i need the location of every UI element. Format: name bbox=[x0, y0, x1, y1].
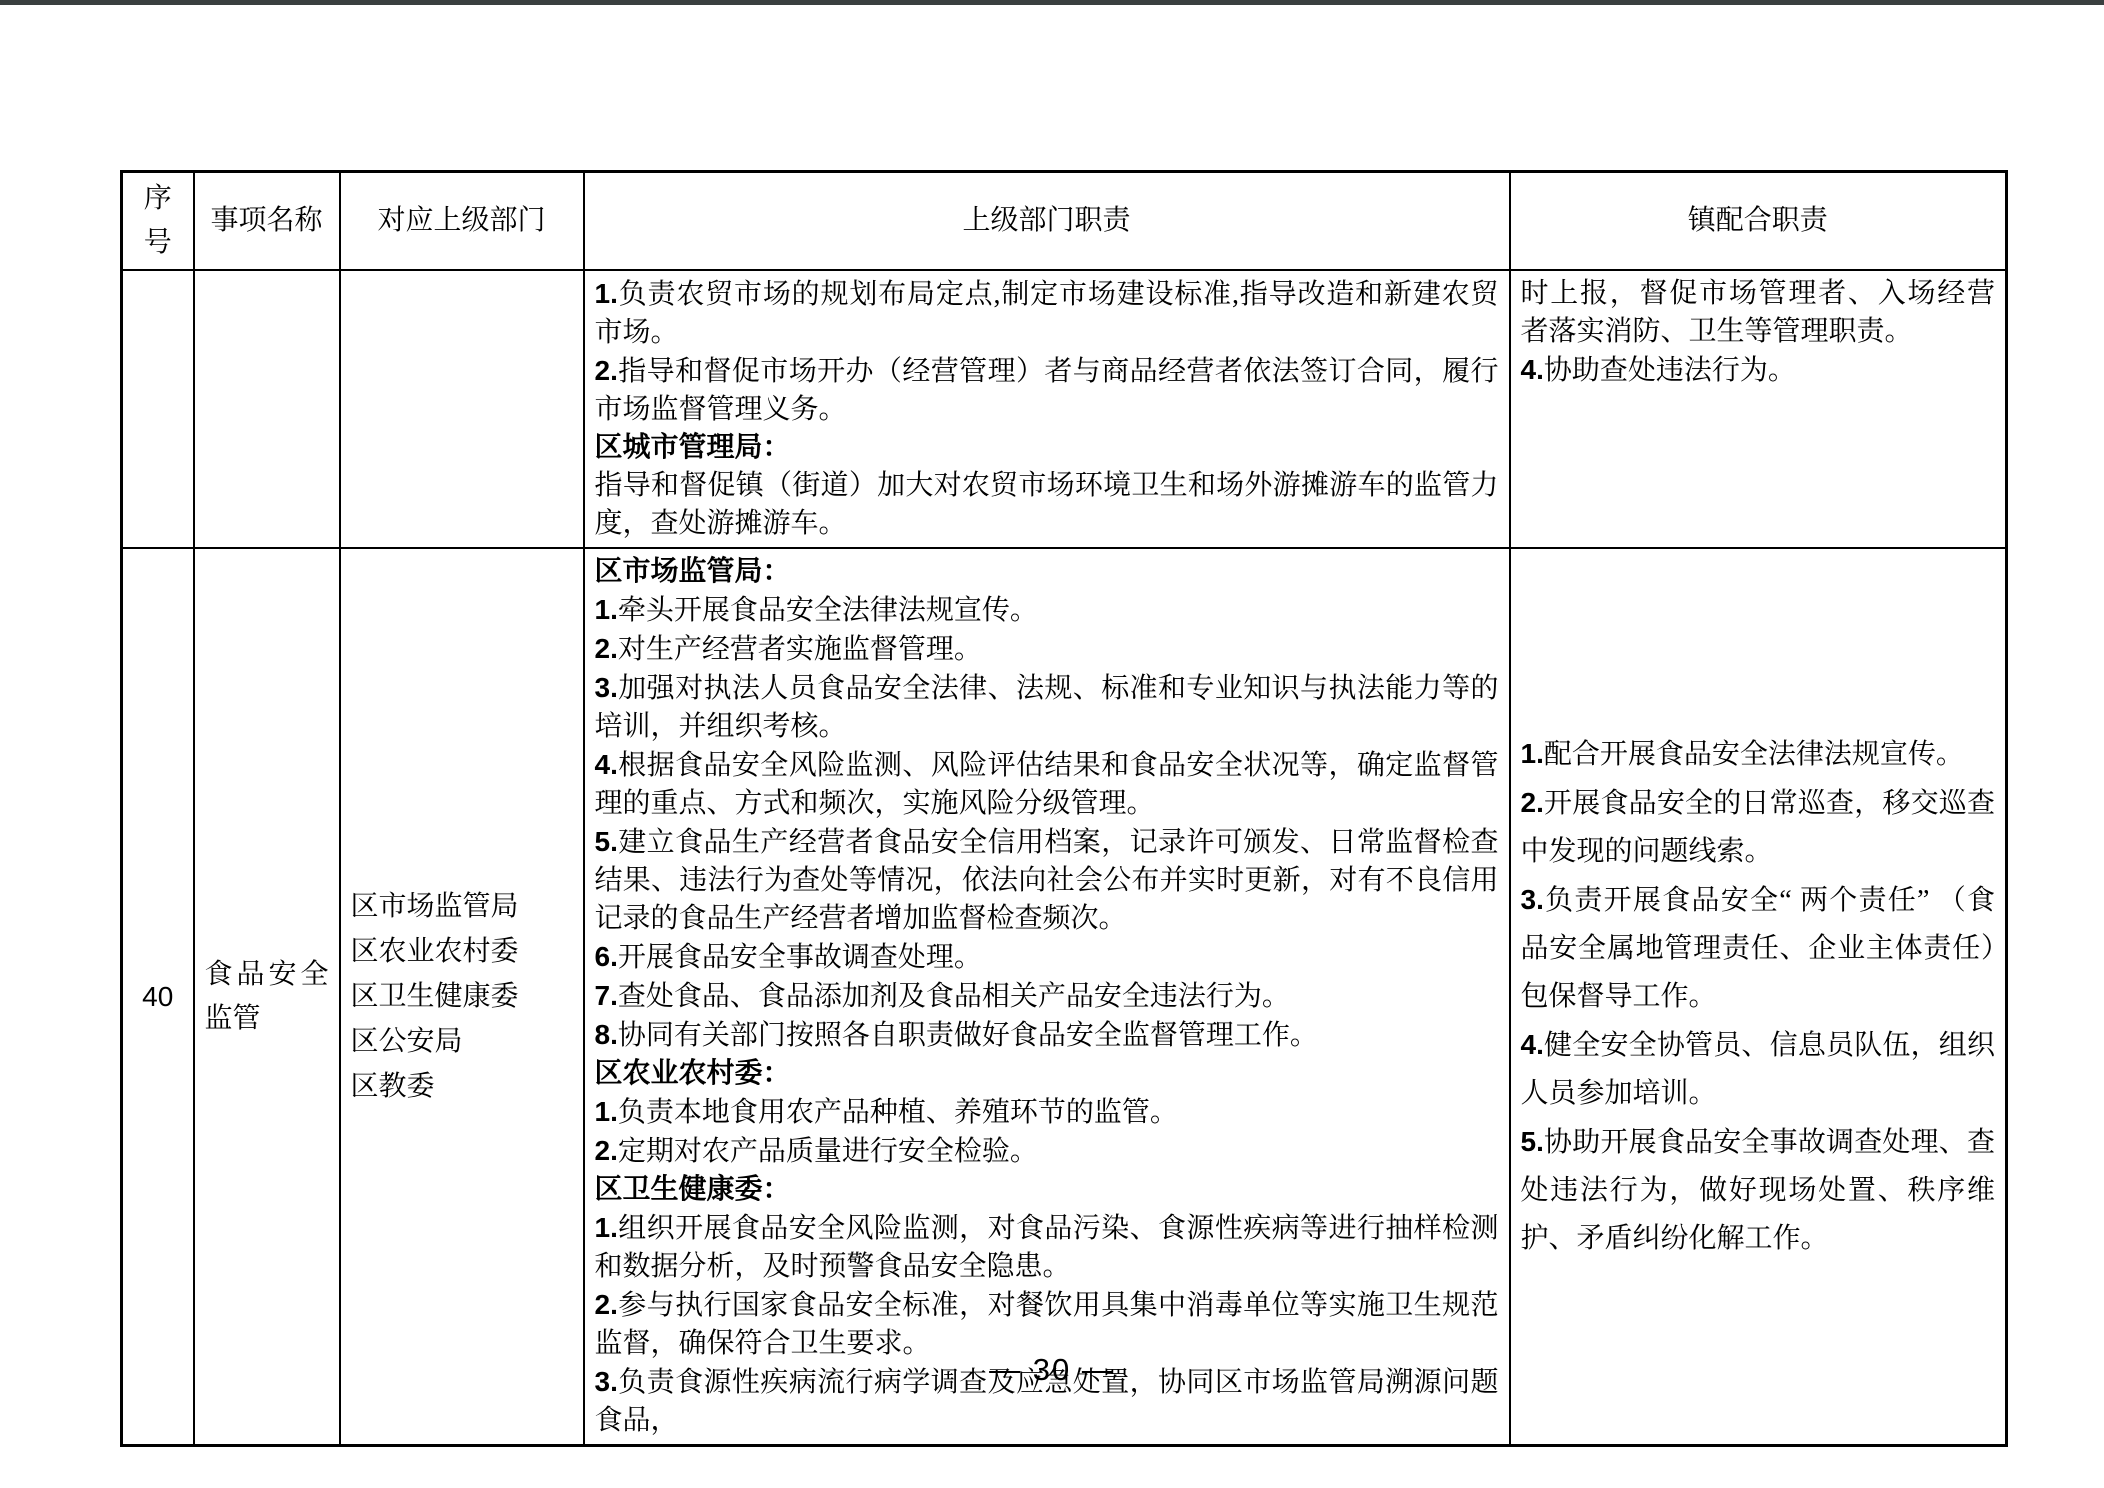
item-number: 1. bbox=[595, 1096, 618, 1127]
duty-item: 6.开展食品安全事故调查处理。 bbox=[595, 938, 1499, 977]
item-number: 1. bbox=[595, 594, 618, 625]
town-duties-cell: 1.配合开展食品安全法律法规宣传。2.开展食品安全的日常巡查，移交巡查中发现的问… bbox=[1510, 548, 2007, 1446]
item-number: 2. bbox=[595, 1135, 618, 1166]
duty-item: 2.定期对农产品质量进行安全检验。 bbox=[595, 1132, 1499, 1171]
duty-item: 3.负责开展食品安全“ 两个责任” （食品安全属地管理责任、企业主体责任）包保督… bbox=[1521, 876, 1996, 1021]
header-row: 序号 事项名称 对应上级部门 上级部门职责 镇配合职责 bbox=[122, 172, 2007, 271]
superior-duties-cell: 区市场监管局：1.牵头开展食品安全法律法规宣传。2.对生产经营者实施监督管理。3… bbox=[584, 548, 1510, 1446]
duty-item: 2.对生产经营者实施监督管理。 bbox=[595, 630, 1499, 669]
duty-item: 3.加强对执法人员食品安全法律、法规、标准和专业知识与执法能力等的培训，并组织考… bbox=[595, 669, 1499, 746]
item-number: 2. bbox=[595, 355, 618, 386]
duty-item: 1.组织开展食品安全风险监测，对食品污染、食源性疾病等进行抽样检测和数据分析，及… bbox=[595, 1209, 1499, 1286]
item-number: 8. bbox=[595, 1019, 618, 1050]
item-number: 1. bbox=[595, 278, 618, 309]
item-number: 7. bbox=[595, 980, 618, 1011]
town-duties-cell: 时上报，督促市场管理者、入场经营者落实消防、卫生等管理职责。4.协助查处违法行为… bbox=[1510, 270, 2007, 548]
superior-duties-cell: 1.负责农贸市场的规划布局定点,制定市场建设标准,指导改造和新建农贸市场。2.指… bbox=[584, 270, 1510, 548]
department-name: 区市场监管局 bbox=[351, 884, 573, 929]
header-town-duties: 镇配合职责 bbox=[1510, 172, 2007, 271]
item-number: 2. bbox=[1521, 787, 1544, 818]
duty-item: 4.健全安全协管员、信息员队伍，组织人员参加培训。 bbox=[1521, 1021, 1996, 1118]
item-number: 5. bbox=[595, 826, 618, 857]
department-heading: 区卫生健康委： bbox=[595, 1171, 1499, 1209]
duty-item: 指导和督促镇（街道）加大对农贸市场环境卫生和场外游摊游车的监管力度，查处游摊游车… bbox=[595, 467, 1499, 543]
seq-cell: 40 bbox=[122, 548, 194, 1446]
duty-item: 4.协助查处违法行为。 bbox=[1521, 351, 1996, 390]
duty-item: 1.配合开展食品安全法律法规宣传。 bbox=[1521, 730, 1996, 779]
item-number: 2. bbox=[595, 1289, 618, 1320]
page-number: — 30 — bbox=[0, 1352, 2104, 1388]
department-heading: 区农业农村委： bbox=[595, 1055, 1499, 1093]
seq-cell bbox=[122, 270, 194, 548]
duty-item: 1.负责农贸市场的规划布局定点,制定市场建设标准,指导改造和新建农贸市场。 bbox=[595, 275, 1499, 352]
duty-item: 7.查处食品、食品添加剂及食品相关产品安全违法行为。 bbox=[595, 977, 1499, 1016]
duty-item: 8.协同有关部门按照各自职责做好食品安全监督管理工作。 bbox=[595, 1016, 1499, 1055]
item-number: 4. bbox=[1521, 1029, 1544, 1060]
table-body: 1.负责农贸市场的规划布局定点,制定市场建设标准,指导改造和新建农贸市场。2.指… bbox=[122, 270, 2007, 1446]
duties-table: 序号 事项名称 对应上级部门 上级部门职责 镇配合职责 1.负责农贸市场的规划布… bbox=[120, 170, 2008, 1447]
table-row: 1.负责农贸市场的规划布局定点,制定市场建设标准,指导改造和新建农贸市场。2.指… bbox=[122, 270, 2007, 548]
table-header: 序号 事项名称 对应上级部门 上级部门职责 镇配合职责 bbox=[122, 172, 2007, 271]
department-name: 区教委 bbox=[351, 1064, 573, 1109]
item-name-cell bbox=[194, 270, 340, 548]
header-seq: 序号 bbox=[122, 172, 194, 271]
item-name-line: 监管 bbox=[205, 997, 329, 1041]
duty-item: 2.指导和督促市场开办（经营管理）者与商品经营者依法签订合同，履行市场监督管理义… bbox=[595, 352, 1499, 429]
item-number: 6. bbox=[595, 941, 618, 972]
item-number: 4. bbox=[1521, 354, 1544, 385]
duty-item: 时上报，督促市场管理者、入场经营者落实消防、卫生等管理职责。 bbox=[1521, 275, 1996, 351]
department-heading: 区城市管理局： bbox=[595, 429, 1499, 467]
superior-dept-cell bbox=[340, 270, 584, 548]
item-name-line: 食品安全 bbox=[205, 953, 329, 997]
duty-item: 1.牵头开展食品安全法律法规宣传。 bbox=[595, 591, 1499, 630]
item-number: 2. bbox=[595, 633, 618, 664]
item-name-cell: 食品安全监管 bbox=[194, 548, 340, 1446]
item-number: 3. bbox=[595, 672, 618, 703]
department-name: 区农业农村委 bbox=[351, 929, 573, 974]
department-name: 区公安局 bbox=[351, 1019, 573, 1064]
header-item-name: 事项名称 bbox=[194, 172, 340, 271]
duty-item: 5.建立食品生产经营者食品安全信用档案，记录许可颁发、日常监督检查结果、违法行为… bbox=[595, 823, 1499, 938]
item-number: 4. bbox=[595, 749, 618, 780]
header-superior-dept: 对应上级部门 bbox=[340, 172, 584, 271]
duty-item: 1.负责本地食用农产品种植、养殖环节的监管。 bbox=[595, 1093, 1499, 1132]
page-top-rule bbox=[0, 0, 2104, 5]
department-name: 区卫生健康委 bbox=[351, 974, 573, 1019]
duty-item: 4.根据食品安全风险监测、风险评估结果和食品安全状况等，确定监督管理的重点、方式… bbox=[595, 746, 1499, 823]
table-row: 40食品安全监管区市场监管局区农业农村委区卫生健康委区公安局区教委区市场监管局：… bbox=[122, 548, 2007, 1446]
item-number: 1. bbox=[595, 1212, 618, 1243]
item-number: 3. bbox=[1521, 884, 1544, 915]
superior-dept-cell: 区市场监管局区农业农村委区卫生健康委区公安局区教委 bbox=[340, 548, 584, 1446]
header-superior-duties: 上级部门职责 bbox=[584, 172, 1510, 271]
department-heading: 区市场监管局： bbox=[595, 553, 1499, 591]
item-number: 1. bbox=[1521, 738, 1544, 769]
duty-item: 5.协助开展食品安全事故调查处理、查处违法行为，做好现场处置、秩序维护、矛盾纠纷… bbox=[1521, 1118, 1996, 1263]
item-number: 5. bbox=[1521, 1126, 1544, 1157]
duty-item: 2.开展食品安全的日常巡查，移交巡查中发现的问题线索。 bbox=[1521, 779, 1996, 876]
